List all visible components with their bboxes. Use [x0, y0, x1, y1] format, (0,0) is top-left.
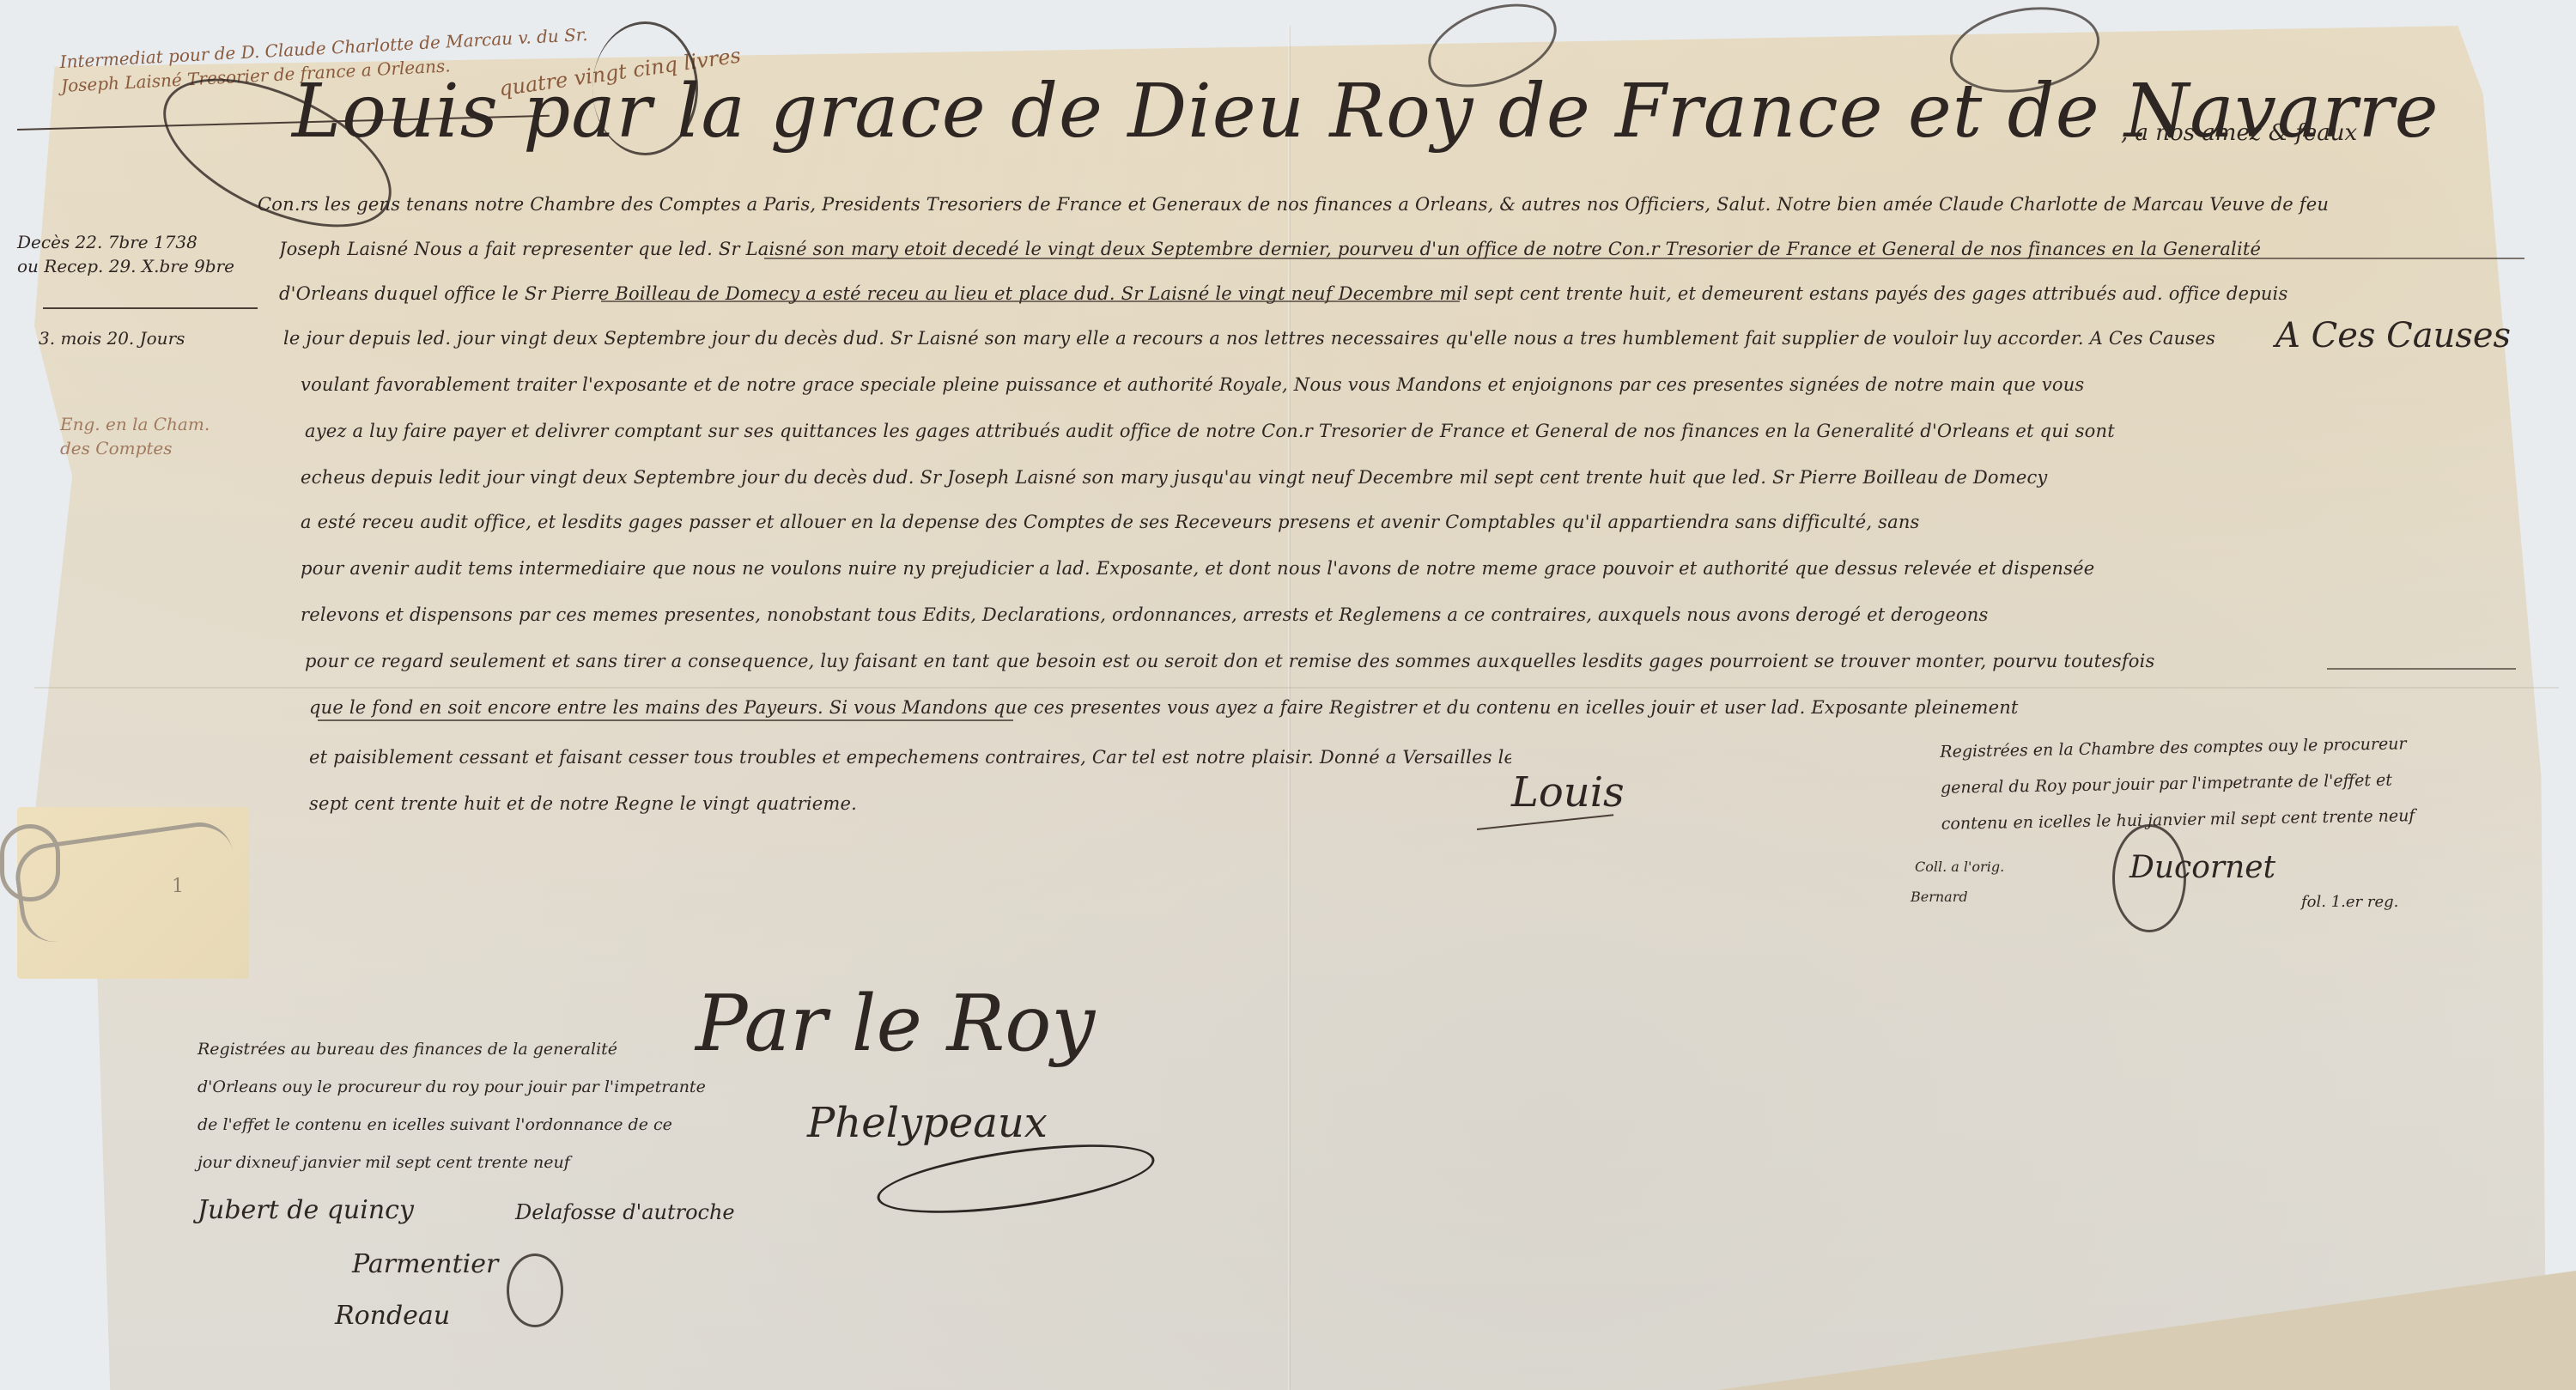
margin-rule [43, 307, 258, 309]
horizontal-fold-line [34, 687, 2559, 689]
king-signature: Louis [1511, 768, 1625, 816]
heading-tail: , a nos amez & feaux [2121, 120, 2357, 146]
body-line-9: pour avenir audit tems intermediaire que… [301, 558, 2542, 579]
underline-11 [2327, 668, 2516, 670]
underline-2 [764, 258, 2524, 259]
body-line-11: pour ce regard seulement et sans tirer a… [305, 651, 2537, 671]
underline-12 [318, 719, 1013, 721]
bureau-des-finances-registration: Registrées au bureau des finances de la … [197, 1030, 706, 1181]
body-line-8: a esté receu audit office, et lesdits ga… [301, 512, 2533, 532]
margin-note-deces: Decès 22. 7bre 1738 ou Recep. 29. X.bre … [17, 230, 234, 278]
body-line-2: Joseph Laisné Nous a fait representer qu… [279, 239, 2520, 259]
document-heading: Louis par la grace de Dieu Roy de France… [292, 69, 2439, 155]
officer-signature-1: Jubert de quincy [197, 1195, 414, 1225]
a-ces-causes: A Ces Causes [2275, 316, 2511, 355]
officer-signature-4: Rondeau [335, 1301, 450, 1331]
underline-3 [601, 300, 1460, 302]
margin-note-enregistre: Eng. en la Cham. des Comptes [60, 412, 210, 460]
officer-signature-3: Parmentier [352, 1249, 498, 1279]
body-line-4: le jour depuis led. jour vingt deux Sept… [283, 328, 2224, 349]
body-line-13: et paisiblement cessant et faisant cesse… [309, 747, 1511, 768]
body-line-6: ayez a luy faire payer et delivrer compt… [305, 421, 2520, 441]
officer-signature-2: Delafosse d'autroche [515, 1200, 735, 1224]
folio-note: fol. 1.er reg. [2301, 893, 2398, 911]
body-line-14: sept cent trente huit et de notre Regne … [309, 793, 1254, 814]
officer-paraph [507, 1253, 563, 1327]
body-line-5: voulant favorablement traiter l'exposant… [301, 374, 2524, 395]
body-line-1: Con.rs les gens tenans notre Chambre des… [258, 194, 2507, 215]
ducornet-flourish [2112, 824, 2186, 932]
collation-signature: Bernard [1911, 889, 1968, 905]
body-line-7: echeus depuis ledit jour vingt deux Sept… [301, 467, 2533, 488]
phelypeaux-signature: Phelypeaux [807, 1099, 1048, 1147]
body-line-10: relevons et dispensons par ces memes pre… [301, 604, 2542, 625]
collation-note: Coll. a l'orig. [1915, 859, 2004, 875]
margin-note-duration: 3. mois 20. Jours [39, 326, 185, 350]
body-line-12: que le fond en soit encore entre les mai… [309, 697, 2542, 718]
par-le-roy: Par le Roy [696, 979, 1095, 1069]
chambre-des-comptes-registration: Registrées en la Chambre des comptes ouy… [1940, 725, 2415, 842]
